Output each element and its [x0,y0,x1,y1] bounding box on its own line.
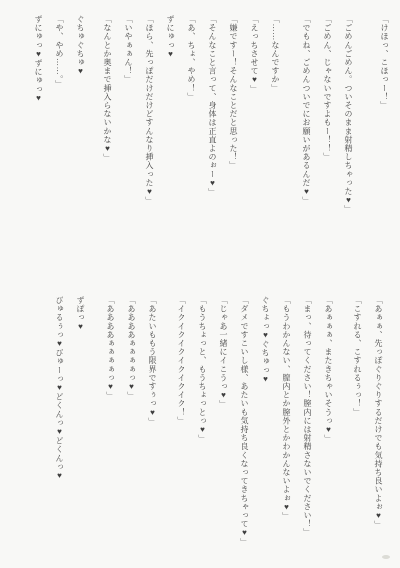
text-line: 「えっちさせて♥」 [244,15,265,287]
text-line: 「や、やめ……。」 [49,15,70,287]
text-line: 「嫌ですー！そんなことだと思った！」 [223,15,244,287]
text-line: 「もうわかんない、膣内とか膣外とかわかんないよぉ♥」 [276,296,297,562]
text-line: 「でもね、ごめんついでにお願いがあるんだ♥」 [296,15,317,287]
text-line: ずにゅっ♥ずにゅっ♥ [28,15,49,287]
text-line: 「あたいももう限界ですぅっ♥」 [142,296,163,562]
text-line: 「……なんですか」 [265,15,286,287]
page-corner-smudge [382,555,390,559]
bottom-text-block: 「あぁぁ、先っぽぐりぐりするだけでも気持ち良いよぉ♥」「こすれる、こすれるぅっ！… [49,296,389,562]
text-line: 「まっ、待ってください！膣内には射精さないでください！」 [297,296,318,562]
text-line: 「もうちょっと、もうちょっとっ♥」 [192,296,213,562]
text-line: 「あぁぁぁ、またきちゃいそうっ♥」 [318,296,339,562]
text-line: 「ごめんごめん。ついそのまま射精しちゃった♥」 [338,15,359,287]
text-line: 「ああああぁぁぁぁっ♥」 [121,296,142,562]
text-line: 「ごめん、じゃないですよもー！！」 [317,15,338,287]
text-line: ずぽっ♥ [70,296,91,562]
top-text-block: 「けほっ、こほっー！」「ごめんごめん。ついそのまま射精しちゃった♥」「ごめん、じ… [28,15,395,287]
text-line: 「そんなこと言って、身体は正直よのぉー♥」 [202,15,223,287]
text-line: 「なんとか奥まで挿入らないかな♥」 [97,15,118,287]
text-line: びゅるぅっ♥びゅーっ♥どくんっ♥どくんっ♥ [49,296,70,562]
text-line: 「イクイクイクイクイクイク！」 [171,296,192,562]
text-line: 「けほっ、こほっー！」 [374,15,395,287]
text-line: 「いやぁぁん！」 [118,15,139,287]
text-line: 「こすれる、こすれるぅっ！」 [347,296,368,562]
scanned-text-page: 「けほっ、こほっー！」「ごめんごめん。ついそのまま射精しちゃった♥」「ごめん、じ… [0,0,400,568]
text-line: ぐちょっ♥ぐちゅっ♥ [255,296,276,562]
text-line: 「じゃあ一緒にイこうっ♥」 [213,296,234,562]
text-line: ぐちゅぐちゅ♥ [70,15,91,287]
text-line: 「ほら、先っぽだけだけどすんなり挿入った♥」 [139,15,160,287]
text-line: 「あ、ちょ、やめ！」 [181,15,202,287]
text-line: ずにゅっ♥ [160,15,181,287]
text-line: 「ああああぁぁぁぁっ♥」 [100,296,121,562]
text-line: 「あぁぁ、先っぽぐりぐりするだけでも気持ち良いよぉ♥」 [368,296,389,562]
text-line: 「ダメですこいし様、あたいも気持ち良くなってきちゃって♥」 [234,296,255,562]
